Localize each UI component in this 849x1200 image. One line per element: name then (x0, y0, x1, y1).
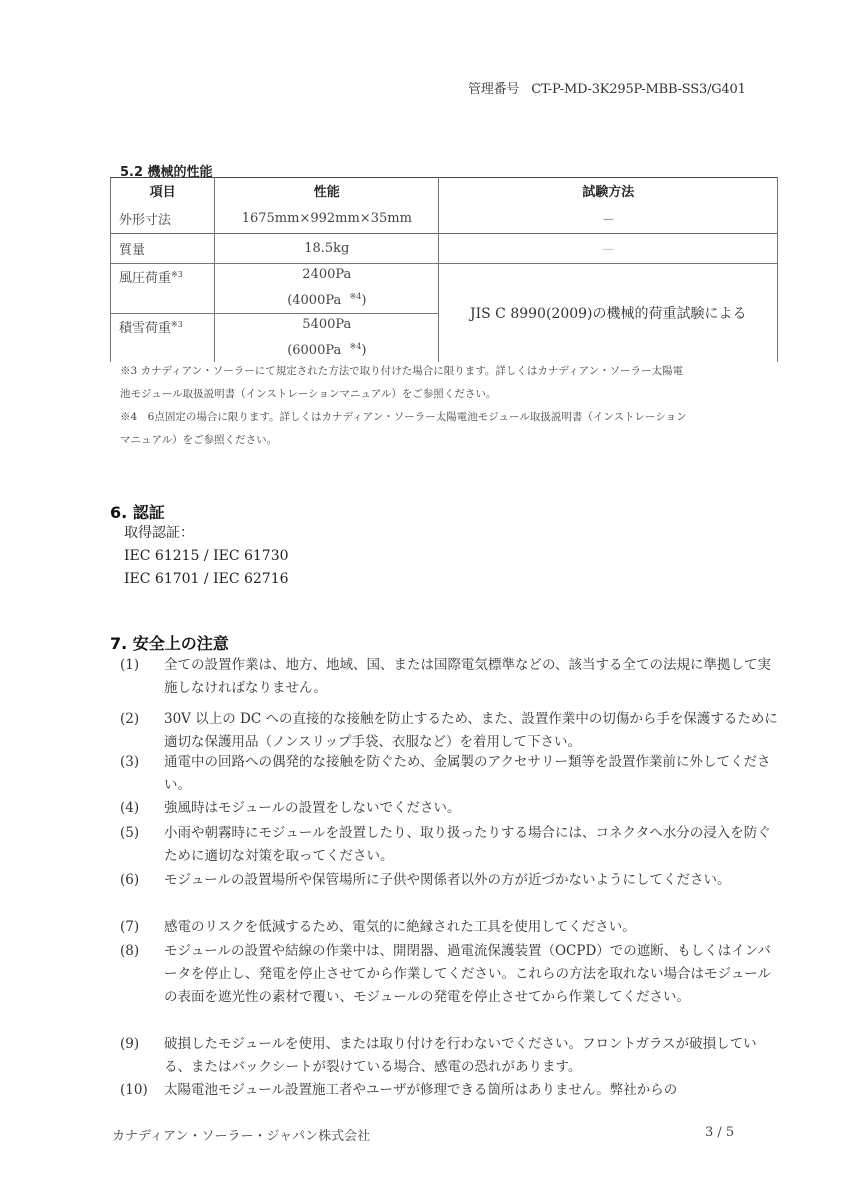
item-number: (7) (120, 916, 160, 939)
row-method: － (439, 203, 778, 234)
footnote-line: マニュアル）をご参照ください。 (120, 429, 780, 452)
list-item: (7)感電のリスクを低減するため、電気的に絶縁された工具を使用してください。 (120, 916, 780, 939)
footnote-line: ※4 6点固定の場合に限ります。詳しくはカナディアン・ソーラー太陽電池モジュール… (120, 406, 780, 429)
control-number-label: 管理番号 (468, 82, 519, 97)
item-number: (1) (120, 654, 160, 700)
closing-paren: ) (361, 343, 366, 358)
row-label: 質量 (111, 234, 215, 264)
item-number: (8) (120, 940, 160, 1009)
item-number: (4) (120, 797, 160, 820)
list-item: (3)通電中の回路への偶発的な接触を防ぐため、金属製のアクセサリー類等を設置作業… (120, 751, 780, 797)
table-header-row: 項目 性能 試験方法 (111, 178, 778, 204)
table-row: 外形寸法 1675mm×992mm×35mm － (111, 203, 778, 234)
document-control-number: 管理番号CT-P-MD-3K295P-MBB-SS3/G401 (468, 78, 746, 97)
item-text: モジュールの設置や結線の作業中は、開閉器、過電流保護装置（OCPD）での遮断、も… (160, 940, 780, 1009)
item-text: 感電のリスクを低減するため、電気的に絶縁された工具を使用してください。 (160, 916, 780, 939)
item-text: 通電中の回路への偶発的な接触を防ぐため、金属製のアクセサリー類等を設置作業前に外… (160, 751, 780, 797)
footnote-ref: ※4 (350, 342, 362, 351)
footnote-3: ※3 カナディアン・ソーラーにて規定された方法で取り付けた場合に限ります。詳しく… (120, 360, 780, 406)
header-test-method: 試験方法 (439, 178, 778, 204)
item-text: 30V 以上の DC への直接的な接触を防止するため、また、設置作業中の切傷から… (160, 708, 780, 754)
item-text: 破損したモジュールを使用、または取り付けを行わないでください。フロントガラスが破… (160, 1033, 780, 1079)
footnote-line: 池モジュール取扱説明書（インストレーションマニュアル）をご参照ください。 (120, 383, 780, 406)
header-performance: 性能 (215, 178, 439, 204)
item-number: (6) (120, 869, 160, 892)
footnote-ref: ※4 (350, 292, 362, 301)
table-row: 質量 18.5kg － (111, 234, 778, 264)
alt-value-text: (4000Pa (287, 293, 341, 308)
section-6-title: 6. 認証 (110, 500, 165, 523)
item-text: 強風時はモジュールの設置をしないでください。 (160, 797, 780, 820)
list-item: (9)破損したモジュールを使用、または取り付けを行わないでください。フロントガラ… (120, 1033, 780, 1079)
row-label-text: 積雪荷重 (119, 321, 171, 336)
footnote-ref: ※3 (171, 270, 183, 279)
page-number: 3 / 5 (705, 1125, 734, 1140)
footnote-line: ※3 カナディアン・ソーラーにて規定された方法で取り付けた場合に限ります。詳しく… (120, 360, 780, 383)
row-performance: 1675mm×992mm×35mm (215, 203, 439, 234)
certification-line: IEC 61701 / IEC 62716 (124, 568, 289, 591)
row-performance: 18.5kg (215, 234, 439, 264)
performance-alt-value: (4000Pa ※4) (215, 286, 438, 312)
row-label: 外形寸法 (111, 203, 215, 234)
certification-line: IEC 61215 / IEC 61730 (124, 545, 289, 568)
performance-value: 5400Pa (215, 314, 438, 336)
item-number: (9) (120, 1033, 160, 1079)
item-text: 太陽電池モジュール設置施工者やユーザが修理できる箇所はありません。弊社からの (160, 1079, 780, 1102)
footnote-4: ※4 6点固定の場合に限ります。詳しくはカナディアン・ソーラー太陽電池モジュール… (120, 406, 780, 452)
item-number: (5) (120, 822, 160, 868)
control-number-value: CT-P-MD-3K295P-MBB-SS3/G401 (531, 82, 745, 97)
row-performance: 5400Pa (6000Pa ※4) (215, 314, 439, 363)
list-item: (10)太陽電池モジュール設置施工者やユーザが修理できる箇所はありません。弊社か… (120, 1079, 780, 1102)
list-item: (1)全ての設置作業は、地方、地域、国、または国際電気標準などの、該当する全ての… (120, 654, 780, 700)
row-label-text: 風圧荷重 (119, 271, 171, 286)
closing-paren: ) (361, 293, 366, 308)
item-text: モジュールの設置場所や保管場所に子供や関係者以外の方が近づかないようにしてくださ… (160, 869, 780, 892)
row-label: 積雪荷重※3 (111, 314, 215, 363)
item-number: (10) (120, 1079, 160, 1102)
item-text: 小雨や朝霧時にモジュールを設置したり、取り扱ったりする場合には、コネクタへ水分の… (160, 822, 780, 868)
list-item: (2)30V 以上の DC への直接的な接触を防止するため、また、設置作業中の切… (120, 708, 780, 754)
row-label: 風圧荷重※3 (111, 264, 215, 314)
table-row: 風圧荷重※3 2400Pa (4000Pa ※4) JIS C 8990(200… (111, 264, 778, 314)
alt-value-text: (6000Pa (287, 343, 341, 358)
item-number: (3) (120, 751, 160, 797)
list-item: (4)強風時はモジュールの設置をしないでください。 (120, 797, 780, 820)
list-item: (8)モジュールの設置や結線の作業中は、開閉器、過電流保護装置（OCPD）での遮… (120, 940, 780, 1009)
section-7-title: 7. 安全上の注意 (110, 631, 229, 654)
row-method-merged: JIS C 8990(2009)の機械的荷重試験による (439, 264, 778, 363)
row-performance: 2400Pa (4000Pa ※4) (215, 264, 439, 314)
certifications-label: 取得認証： (124, 522, 289, 545)
row-method: － (439, 234, 778, 264)
footer-company: カナディアン・ソーラー・ジャパン株式会社 (112, 1125, 370, 1144)
list-item: (6)モジュールの設置場所や保管場所に子供や関係者以外の方が近づかないようにして… (120, 869, 780, 892)
certifications-block: 取得認証： IEC 61215 / IEC 61730 IEC 61701 / … (124, 522, 289, 591)
performance-alt-value: (6000Pa ※4) (215, 336, 438, 362)
item-text: 全ての設置作業は、地方、地域、国、または国際電気標準などの、該当する全ての法規に… (160, 654, 780, 700)
header-item: 項目 (111, 178, 215, 204)
item-number: (2) (120, 708, 160, 754)
footnote-ref: ※3 (171, 320, 183, 329)
performance-value: 2400Pa (215, 264, 438, 286)
mechanical-performance-table: 項目 性能 試験方法 外形寸法 1675mm×992mm×35mm － 質量 1… (110, 177, 778, 362)
list-item: (5)小雨や朝霧時にモジュールを設置したり、取り扱ったりする場合には、コネクタへ… (120, 822, 780, 868)
